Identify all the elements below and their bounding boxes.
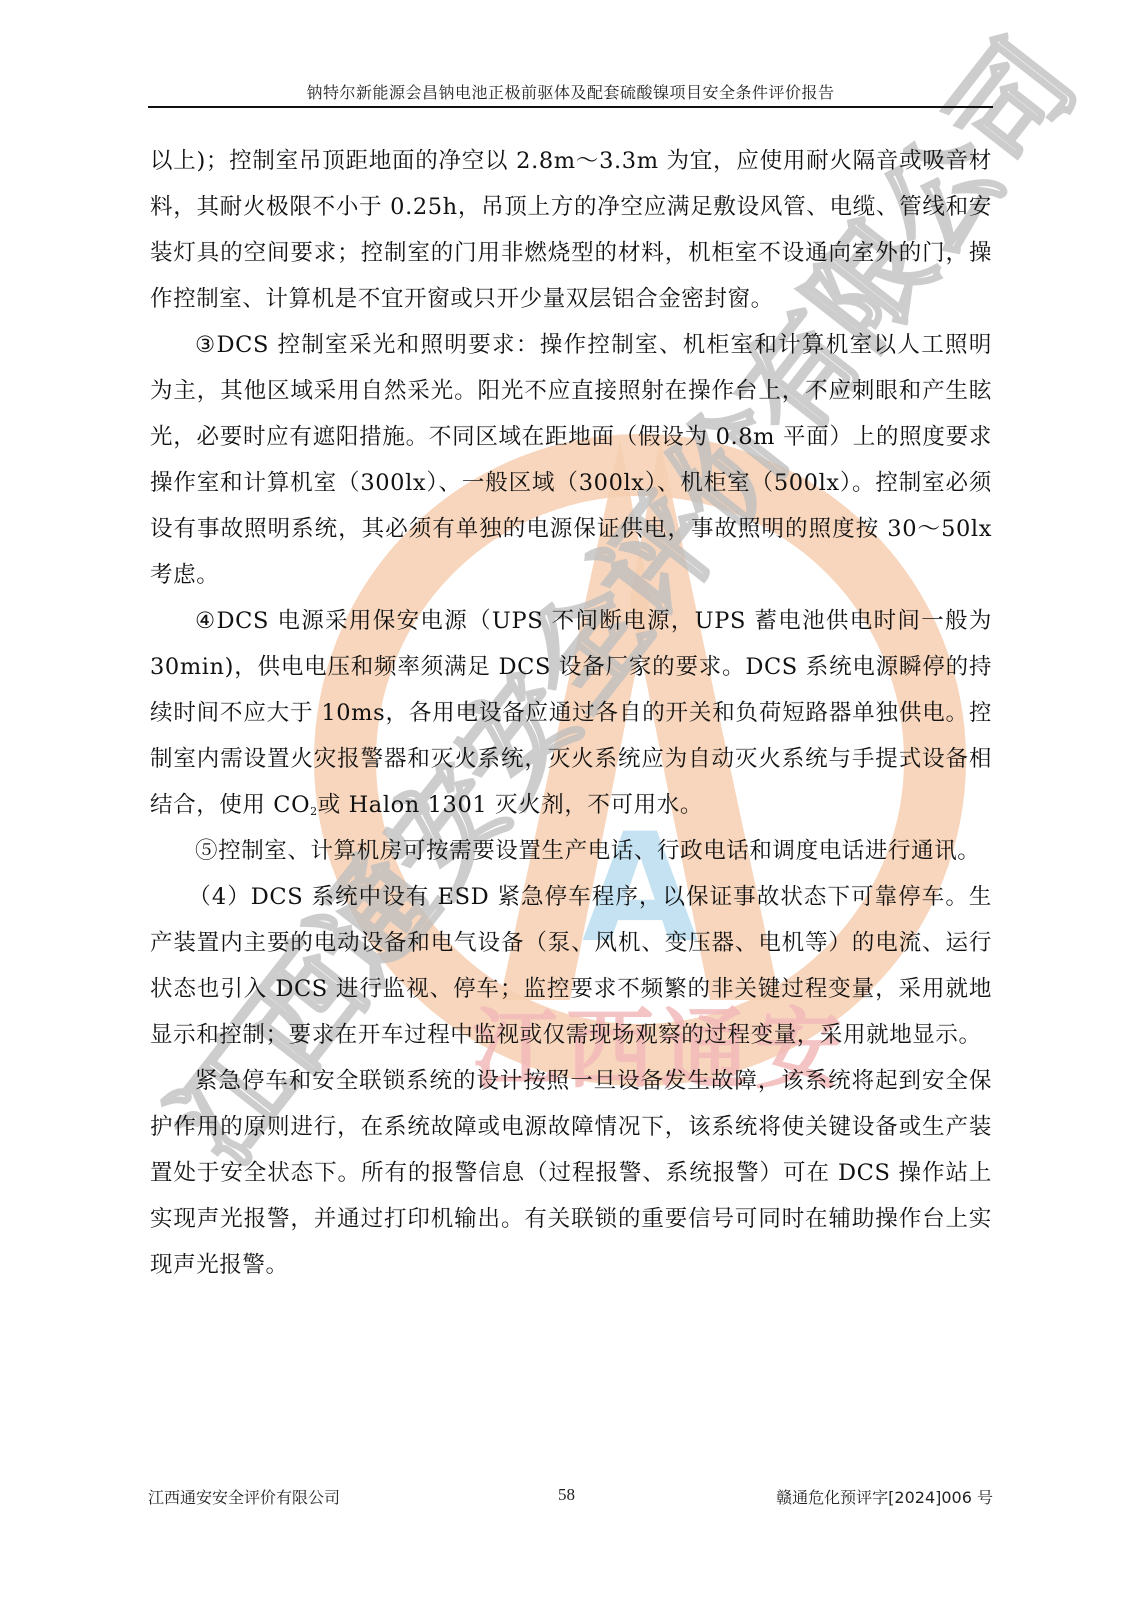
page-number: 58 <box>558 1485 575 1505</box>
document-page: A 江西通安 江西通安安全评价有限公司 钠特尔新能源会昌钠电池正极前驱体及配套硫… <box>0 0 1131 1600</box>
paragraph-text: ⑤控制室、计算机房可按需要设置生产电话、行政电话和调度电话进行通讯。 <box>195 838 980 864</box>
page-footer: 江西通安安全评价有限公司 58 赣通危化预评字[2024]006 号 <box>148 1485 993 1511</box>
paragraph-text: 紧急停车和安全联锁系统的设计按照一旦设备发生故障，该系统将起到安全保护作用的原则… <box>150 1068 992 1278</box>
paragraph-power-supply: ④DCS 电源采用保安电源（UPS 不间断电源，UPS 蓄电池供电时间一般为 3… <box>150 598 992 828</box>
running-header: 钠特尔新能源会昌钠电池正极前驱体及配套硫酸镍项目安全条件评价报告 <box>148 80 993 103</box>
header-divider <box>148 106 993 108</box>
paragraph-text: ④DCS 电源采用保安电源（UPS 不间断电源，UPS 蓄电池供电时间一般为 3… <box>150 608 992 818</box>
subscript-2: 2 <box>310 805 318 818</box>
footer-company: 江西通安安全评价有限公司 <box>148 1485 340 1508</box>
paragraph-interlock-system: 紧急停车和安全联锁系统的设计按照一旦设备发生故障，该系统将起到安全保护作用的原则… <box>150 1058 992 1288</box>
paragraph-text: 或 Halon 1301 灭火剂，不可用水。 <box>318 792 703 818</box>
paragraph-text: 以上)；控制室吊顶距地面的净空以 2.8m～3.3m 为宜，应使用耐火隔音或吸音… <box>150 148 992 312</box>
paragraph-lighting-requirements: ③DCS 控制室采光和照明要求：操作控制室、机柜室和计算机室以人工照明为主，其他… <box>150 322 992 598</box>
paragraph-text: ③DCS 控制室采光和照明要求：操作控制室、机柜室和计算机室以人工照明为主，其他… <box>150 332 992 588</box>
paragraph-continuation: 以上)；控制室吊顶距地面的净空以 2.8m～3.3m 为宜，应使用耐火隔音或吸音… <box>150 138 992 322</box>
paragraph-communications: ⑤控制室、计算机房可按需要设置生产电话、行政电话和调度电话进行通讯。 <box>150 828 992 874</box>
body-text: 以上)；控制室吊顶距地面的净空以 2.8m～3.3m 为宜，应使用耐火隔音或吸音… <box>150 138 992 1288</box>
paragraph-esd-program: （4）DCS 系统中设有 ESD 紧急停车程序，以保证事故状态下可靠停车。生产装… <box>150 874 992 1058</box>
paragraph-text: （4）DCS 系统中设有 ESD 紧急停车程序，以保证事故状态下可靠停车。生产装… <box>150 884 992 1048</box>
report-number: 赣通危化预评字[2024]006 号 <box>776 1485 993 1508</box>
